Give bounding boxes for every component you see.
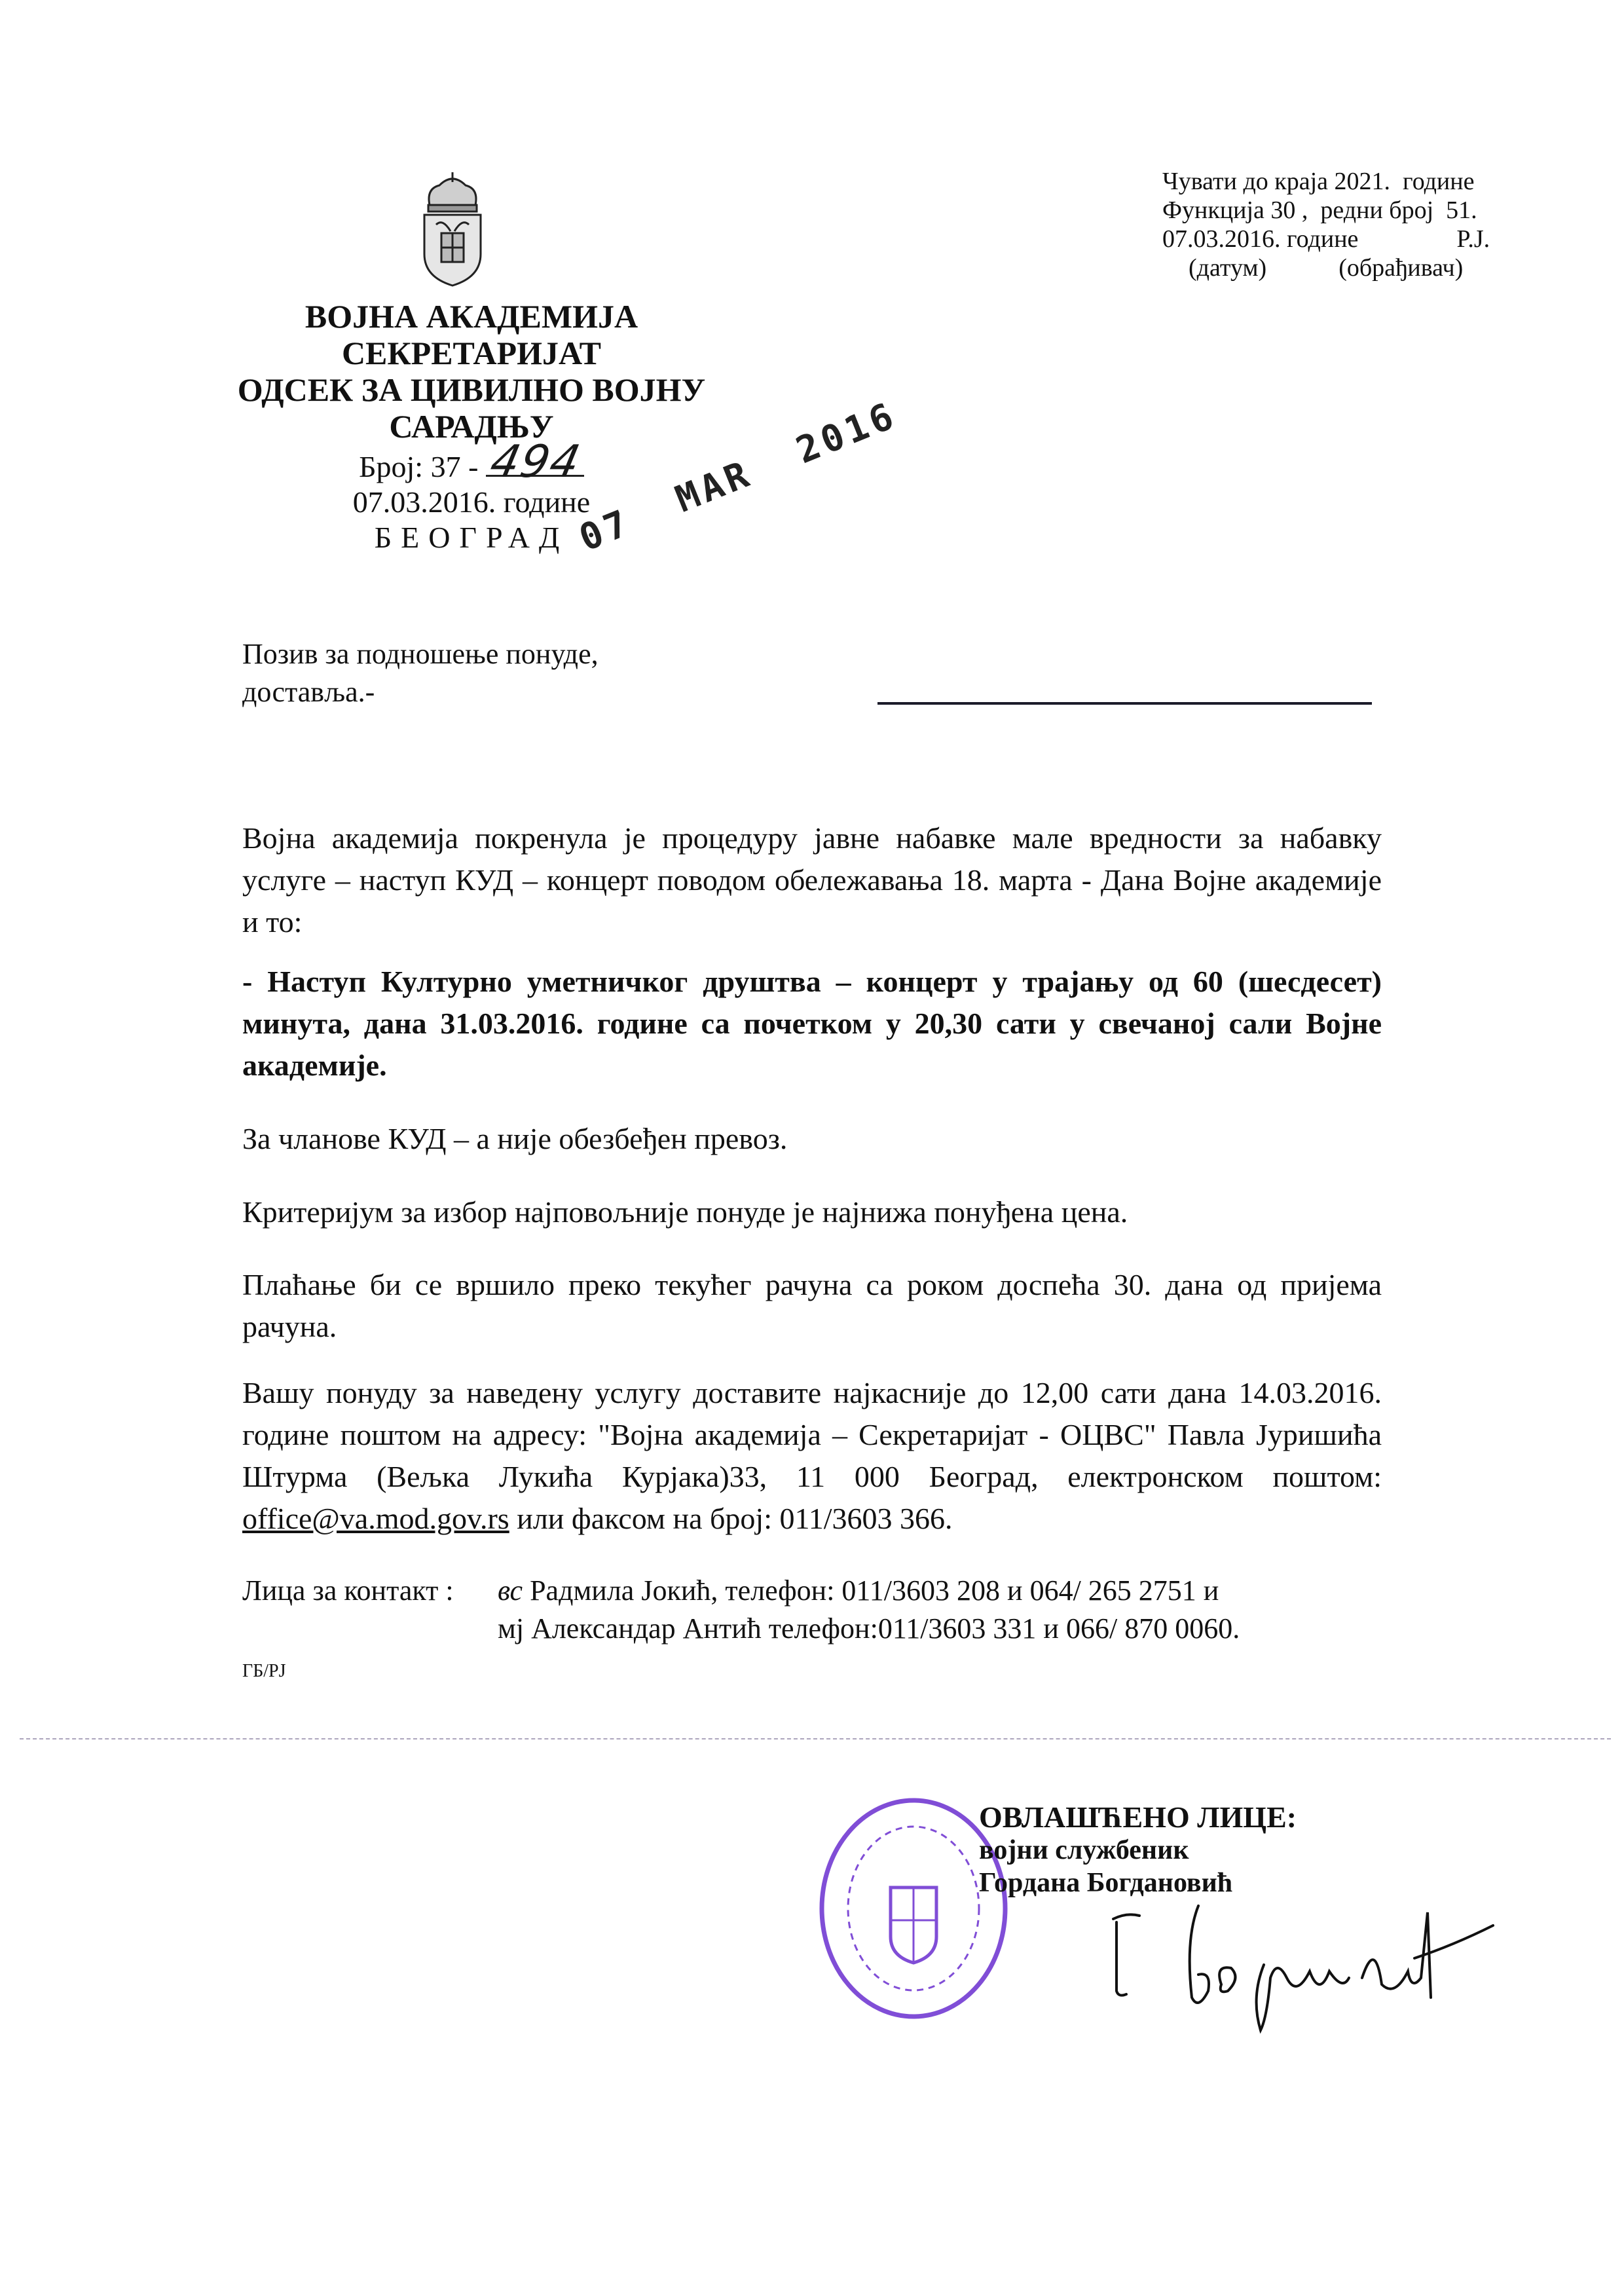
author-initials: ГБ/РЈ	[242, 1661, 286, 1682]
number-label: Број: 37 -	[359, 450, 478, 483]
contact-1-rank: вс	[498, 1574, 523, 1607]
handwritten-number: 494	[487, 445, 583, 480]
handwritten-signature-icon	[1100, 1899, 1506, 2043]
submission-fax: или факсом на број: 011/3603 366.	[509, 1502, 953, 1535]
contacts-label: Лица за контакт :	[242, 1572, 498, 1610]
contact-2: мј Александар Антић телефон:011/3603 331…	[242, 1610, 1240, 1648]
org-line-3: ОДСЕК ЗА ЦИВИЛНО ВОЈНУ	[216, 371, 727, 408]
org-line-1: ВОЈНА АКАДЕМИЈА	[216, 298, 727, 335]
retention-line-4: (датум)(обрађивач)	[1162, 253, 1490, 282]
contact-line-1: Лица за контакт :вс Радмила Јокић, телеф…	[242, 1572, 1240, 1610]
paragraph-service-details: - Наступ Културно уметничког друштва – к…	[242, 961, 1382, 1087]
retention-line-2: Функција 30 , редни број 51.	[1162, 196, 1490, 225]
organization-header: ВОЈНА АКАДЕМИЈА СЕКРЕТАРИЈАТ ОДСЕК ЗА ЦИ…	[216, 298, 727, 445]
scan-divider	[20, 1738, 1611, 1739]
signatory-role: војни службеник	[979, 1834, 1297, 1867]
reference-number: Број: 37 - 494	[275, 449, 668, 485]
paragraph-submission: Вашу понуду за наведену услугу доставите…	[242, 1372, 1382, 1540]
recipient-blank-line	[877, 702, 1372, 705]
retention-note: Чувати до краја 2021. године Функција 30…	[1162, 167, 1490, 282]
submission-text: Вашу понуду за наведену услугу доставите…	[242, 1376, 1382, 1493]
retention-handler-label: (обрађивач)	[1338, 254, 1463, 282]
paragraph-intro: Војна академија покренула је процедуру ј…	[242, 817, 1382, 943]
org-line-2: СЕКРЕТАРИЈАТ	[216, 335, 727, 371]
number-field: 494	[486, 449, 584, 477]
retention-line-1: Чувати до краја 2021. године	[1162, 167, 1490, 196]
email-link[interactable]: office@va.mod.gov.rs	[242, 1502, 509, 1535]
paragraph-payment: Плаћање би се вршило преко текућег рачун…	[242, 1264, 1382, 1348]
retention-line-3: 07.03.2016. годинеP.J.	[1162, 225, 1490, 253]
signature-block: ОВЛАШЋЕНО ЛИЦЕ: војни службеник Гордана …	[979, 1801, 1297, 1899]
retention-date: 07.03.2016. године	[1162, 225, 1358, 253]
retention-initials: P.J.	[1456, 225, 1490, 253]
subject-line-1: Позив за подношење понуде,	[242, 635, 599, 673]
subject: Позив за подношење понуде, доставља.-	[242, 635, 599, 711]
coat-of-arms-icon	[416, 169, 489, 287]
org-line-4: САРАДЊУ	[216, 408, 727, 445]
contacts: Лица за контакт :вс Радмила Јокић, телеф…	[242, 1572, 1240, 1648]
paragraph-criterion: Критеријум за избор најповољније понуде …	[242, 1191, 1382, 1233]
retention-date-label: (датум)	[1189, 254, 1266, 282]
signatory-name: Гордана Богдановић	[979, 1867, 1297, 1899]
paragraph-transport: За чланове КУД – а није обезбеђен превоз…	[242, 1118, 1382, 1160]
contact-1: Радмила Јокић, телефон: 011/3603 208 и 0…	[523, 1574, 1219, 1607]
authorized-person-title: ОВЛАШЋЕНО ЛИЦЕ:	[979, 1801, 1297, 1834]
subject-line-2: доставља.-	[242, 673, 599, 711]
